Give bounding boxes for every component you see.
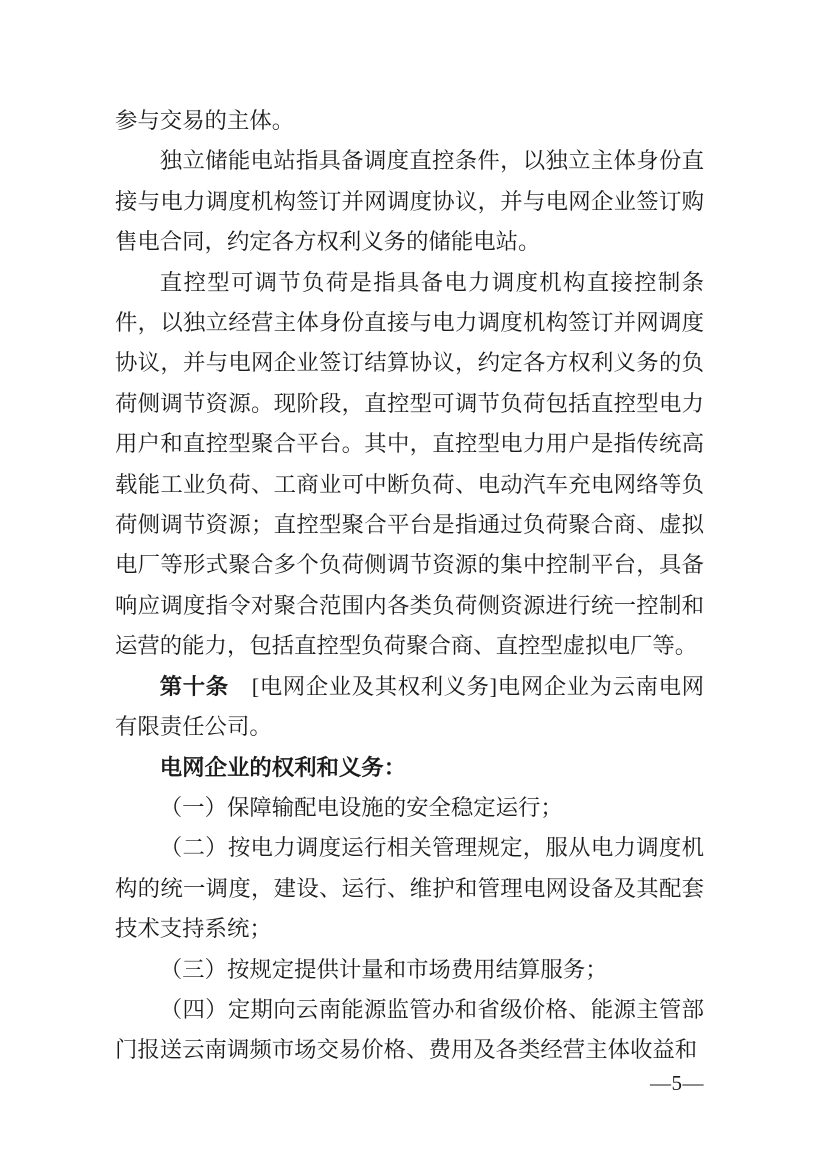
- paragraph: （四）定期向云南能源监管办和省级价格、能源主管部门报送云南调频市场交易价格、费用…: [115, 990, 704, 1071]
- body-text: （三）按规定提供计量和市场费用结算服务；: [160, 957, 608, 982]
- emphasis-text: 第十条: [160, 674, 229, 699]
- paragraph: 独立储能电站指具备调度直控条件，以独立主体身份直接与电力调度机构签订并网调度协议…: [115, 141, 704, 262]
- paragraph: 直控型可调节负荷是指具备电力调度机构直接控制条件，以独立经营主体身份直接与电力调…: [115, 263, 704, 667]
- page-number: —5—: [650, 1071, 704, 1095]
- body-text: 参与交易的主体。: [115, 108, 294, 133]
- document-body: 参与交易的主体。独立储能电站指具备调度直控条件，以独立主体身份直接与电力调度机构…: [115, 101, 704, 1071]
- paragraph: （一）保障输配电设施的安全稳定运行；: [115, 788, 704, 828]
- paragraph: 参与交易的主体。: [115, 101, 704, 141]
- paragraph: 第十条 [电网企业及其权利义务]电网企业为云南电网有限责任公司。: [115, 667, 704, 748]
- document-page: 参与交易的主体。独立储能电站指具备调度直控条件，以独立主体身份直接与电力调度机构…: [0, 0, 827, 1170]
- body-text: 独立储能电站指具备调度直控条件，以独立主体身份直接与电力调度机构签订并网调度协议…: [115, 148, 704, 254]
- paragraph: （二）按电力调度运行相关管理规定，服从电力调度机构的统一调度，建设、运行、维护和…: [115, 828, 704, 949]
- paragraph: （三）按规定提供计量和市场费用结算服务；: [115, 950, 704, 990]
- body-text: （四）定期向云南能源监管办和省级价格、能源主管部门报送云南调频市场交易价格、费用…: [115, 997, 704, 1062]
- body-text: （二）按电力调度运行相关管理规定，服从电力调度机构的统一调度，建设、运行、维护和…: [115, 835, 704, 941]
- body-text: （一）保障输配电设施的安全稳定运行；: [160, 795, 563, 820]
- emphasis-text: 电网企业的权利和义务：: [160, 755, 406, 780]
- body-text: 直控型可调节负荷是指具备电力调度机构直接控制条件，以独立经营主体身份直接与电力调…: [115, 270, 704, 659]
- paragraph: 电网企业的权利和义务：: [115, 748, 704, 788]
